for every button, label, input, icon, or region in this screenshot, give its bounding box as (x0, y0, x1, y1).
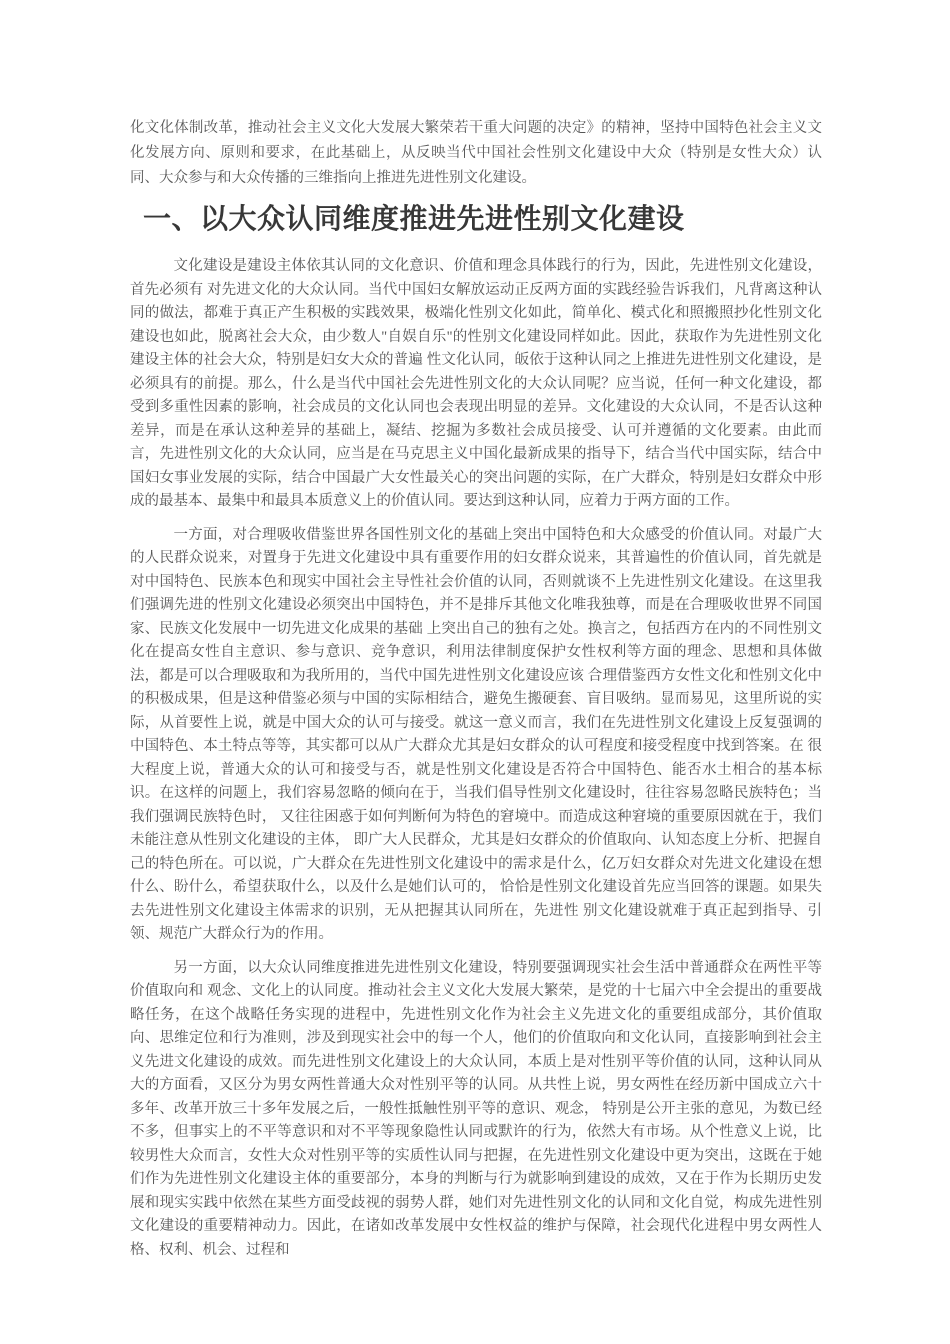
document-content: 化文化体制改革，推动社会主义文化大发展大繁荣若干重大问题的决定》的精神，坚持中国… (130, 116, 822, 1272)
body-paragraph-1: 文化建设是建设主体依其认同的文化意识、价值和理念具体践行的行为，因此，先进性别文… (130, 255, 822, 514)
body-paragraph-3: 另一方面，以大众认同维度推进先进性别文化建设，特别要强调现实社会生活中普通群众在… (130, 957, 822, 1263)
intro-paragraph: 化文化体制改革，推动社会主义文化大发展大繁荣若干重大问题的决定》的精神，坚持中国… (130, 116, 822, 191)
body-paragraph-2: 一方面，对合理吸收借鉴世界各国性别文化的基础上突出中国特色和大众感受的价值认同。… (130, 524, 822, 947)
document-page: 化文化体制改革，推动社会主义文化大发展大繁荣若干重大问题的决定》的精神，坚持中国… (0, 0, 950, 1344)
section-heading: 一、以大众认同维度推进先进性别文化建设 (143, 202, 822, 236)
